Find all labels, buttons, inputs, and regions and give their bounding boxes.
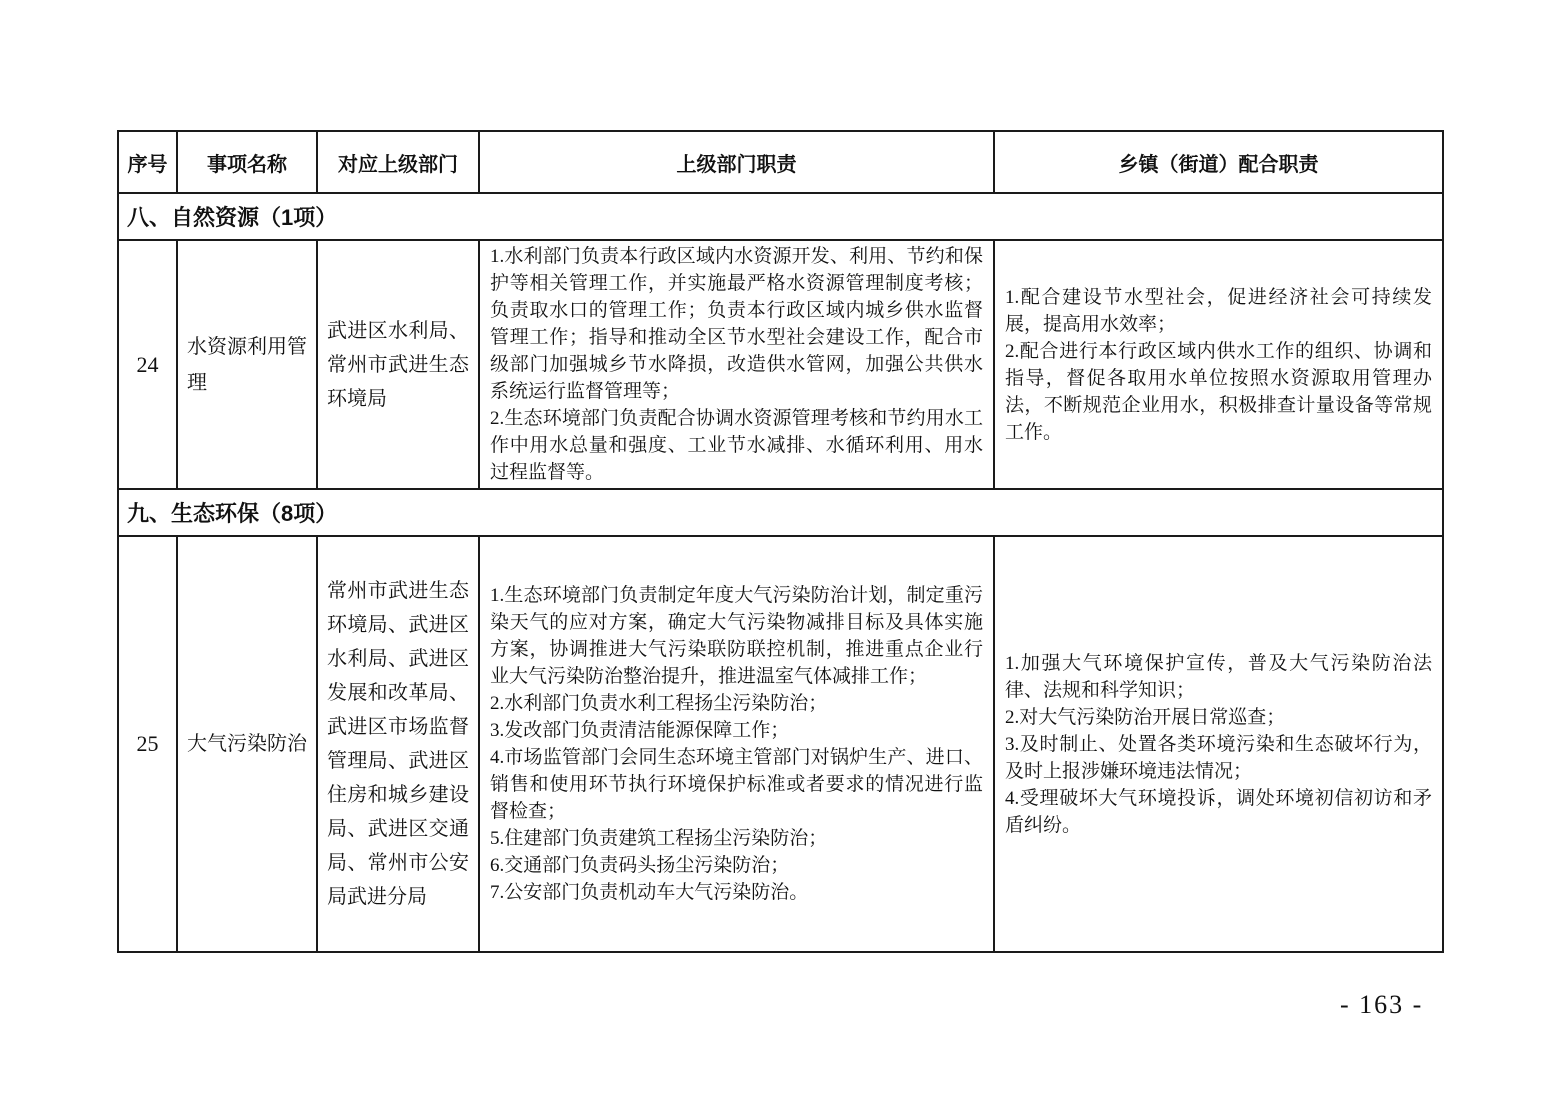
col-header-township-duties: 乡镇（街道）配合职责: [994, 131, 1443, 193]
section-row-eco-environment: 九、生态环保（8项）: [118, 489, 1443, 536]
section-title-natural-resources: 八、自然资源（1项）: [118, 193, 1443, 240]
superior-duties-cell: 1.水利部门负责本行政区域内水资源开发、利用、节约和保护等相关管理工作，并实施最…: [479, 240, 994, 489]
item-name-cell: 大气污染防治: [177, 536, 317, 952]
superior-dept-cell: 常州市武进生态环境局、武进区水利局、武进区发展和改革局、武进区市场监督管理局、武…: [317, 536, 479, 952]
superior-duties-cell: 1.生态环境部门负责制定年度大气污染防治计划，制定重污染天气的应对方案，确定大气…: [479, 536, 994, 952]
table-row: 25 大气污染防治 常州市武进生态环境局、武进区水利局、武进区发展和改革局、武进…: [118, 536, 1443, 952]
col-header-superior-dept: 对应上级部门: [317, 131, 479, 193]
col-header-superior-duties: 上级部门职责: [479, 131, 994, 193]
col-header-no: 序号: [118, 131, 177, 193]
page-number: - 163 -: [1340, 990, 1423, 1020]
col-header-item-name: 事项名称: [177, 131, 317, 193]
township-duties-cell: 1.加强大气环境保护宣传，普及大气污染防治法律、法规和科学知识； 2.对大气污染…: [994, 536, 1443, 952]
row-no-cell: 25: [118, 536, 177, 952]
section-title-eco-environment: 九、生态环保（8项）: [118, 489, 1443, 536]
township-duties-cell: 1.配合建设节水型社会，促进经济社会可持续发展，提高用水效率； 2.配合进行本行…: [994, 240, 1443, 489]
section-row-natural-resources: 八、自然资源（1项）: [118, 193, 1443, 240]
superior-dept-cell: 武进区水利局、常州市武进生态环境局: [317, 240, 479, 489]
document-page: 序号 事项名称 对应上级部门 上级部门职责 乡镇（街道）配合职责 八、自然资源（…: [0, 0, 1559, 1102]
responsibility-table: 序号 事项名称 对应上级部门 上级部门职责 乡镇（街道）配合职责 八、自然资源（…: [117, 130, 1444, 953]
table-row: 24 水资源利用管理 武进区水利局、常州市武进生态环境局 1.水利部门负责本行政…: [118, 240, 1443, 489]
row-no-cell: 24: [118, 240, 177, 489]
table-header-row: 序号 事项名称 对应上级部门 上级部门职责 乡镇（街道）配合职责: [118, 131, 1443, 193]
item-name-cell: 水资源利用管理: [177, 240, 317, 489]
